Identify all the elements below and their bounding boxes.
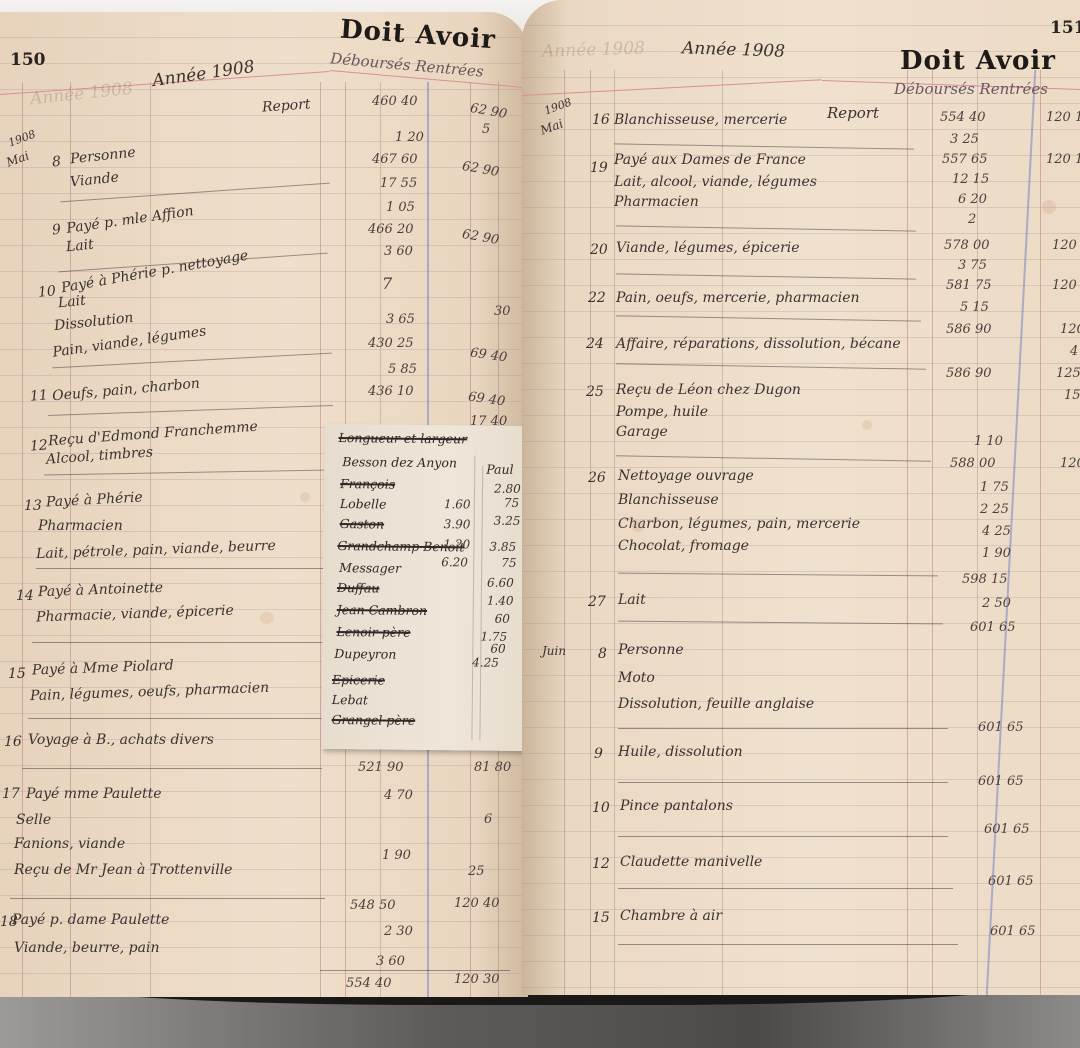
credit-amount: 125 [1056, 366, 1080, 381]
entry-line: Lait [618, 592, 646, 608]
debit-amount: 4 25 [982, 524, 1011, 539]
running-total: 601 65 [970, 620, 1016, 635]
slip-line: Lebat [332, 692, 368, 707]
credit-amount: 120 [1060, 322, 1080, 337]
debit-amount: 1 90 [382, 848, 411, 863]
debit-amount: 1 10 [974, 434, 1003, 449]
entry-line: Garage [616, 424, 668, 440]
debit-amount: 1 20 [395, 130, 424, 145]
entry-day: 14 [16, 588, 34, 604]
debit-amount: 521 90 [358, 760, 404, 775]
entry-line: Blanchisseuse, mercerie [614, 112, 787, 128]
entry-day: 25 [586, 384, 604, 400]
month-margin-june: Juin [542, 644, 566, 658]
debit-amount: 1 90 [982, 546, 1011, 561]
debit-amount: 2 25 [980, 502, 1009, 517]
report-label: Report [827, 104, 879, 122]
page-number: 151 [1050, 18, 1080, 38]
debit-amount: 3 60 [376, 954, 405, 969]
entry-day: 10 [592, 800, 610, 816]
entry-day: 27 [588, 594, 606, 610]
slip-amount: 1.60 [444, 497, 471, 511]
debit-amount: 430 25 [368, 336, 414, 351]
entry-line: Affaire, réparations, dissolution, bécan… [616, 336, 901, 352]
slip-amount: 4.25 [472, 655, 499, 669]
running-total: 601 65 [990, 924, 1036, 939]
entry-day: 19 [590, 160, 608, 176]
debit-amount: 5 85 [388, 362, 417, 377]
debit-amount: 586 90 [946, 366, 992, 381]
slip-amount: 2.80 [494, 482, 521, 496]
debit-amount: 578 00 [944, 238, 990, 253]
debit-amount: 3 75 [958, 258, 987, 273]
entry-day: 15 [592, 910, 610, 926]
entry-line: Lait [65, 237, 94, 256]
entry-line: Pharmacien [38, 518, 123, 534]
entry-day: 11 [29, 387, 48, 404]
entry-line: Payé p. dame Paulette [12, 912, 169, 928]
slip-amount: 60 [495, 612, 510, 626]
entry-day: 26 [588, 470, 606, 486]
entry-line: Pain, oeufs, mercerie, pharmacien [616, 290, 860, 306]
slip-amount: 6.60 [487, 576, 514, 590]
running-total: 601 65 [978, 720, 1024, 735]
entry-line: Charbon, légumes, pain, mercerie [618, 516, 860, 532]
entry-line: Pince pantalons [620, 798, 733, 814]
slip-line: Gaston [340, 516, 385, 531]
entry-day: 8 [51, 154, 62, 171]
entry-day: 20 [590, 242, 608, 258]
entry-line: Reçu de Mr Jean à Trottenville [14, 862, 232, 878]
debit-amount: 2 50 [982, 596, 1011, 611]
entry-day: 9 [51, 222, 62, 239]
entry-line: Lait, alcool, viande, légumes [614, 174, 817, 190]
entry-line: Selle [16, 812, 51, 828]
entry-line: Fanions, viande [14, 836, 125, 852]
slip-amount: 60 [490, 642, 505, 656]
entry-day: 9 [594, 746, 603, 762]
debit-amount: 581 75 [946, 278, 992, 293]
slip-amount: 1.20 [443, 537, 470, 551]
debit-amount: 1 05 [386, 200, 415, 215]
debit-amount: 6 20 [958, 192, 987, 207]
slip-amount: 3.25 [494, 514, 521, 528]
entry-line: Chambre à air [620, 908, 722, 924]
year-label: Année 1908 [682, 38, 786, 62]
report-debit: 460 40 [372, 94, 418, 109]
ledger-page-right: 151 Année 1908 Année 1908 Doit Avoir Déb… [522, 0, 1080, 995]
entry-day: 8 [598, 646, 607, 662]
credit-amount: 120 10 [1046, 110, 1080, 125]
slip-line: Epicerie [332, 672, 385, 688]
credit-amount: 120 10 [1052, 278, 1080, 293]
entry-line: Lait [57, 293, 86, 312]
debit-amount: 2 30 [384, 924, 413, 939]
credit-amount: 30 [494, 304, 511, 319]
slip-line: Lobelle [340, 496, 387, 511]
entry-line: Pompe, huile [616, 404, 708, 420]
slip-line: Lenoir père [336, 624, 410, 640]
entry-line: Payé aux Dames de France [614, 152, 806, 168]
credit-amount: 81 80 [474, 760, 511, 775]
debit-amount: 466 20 [368, 222, 414, 237]
inserted-paper-slip: Longueur et largeur Besson dez Anyon Fra… [321, 424, 536, 751]
slip-line: Duffau [337, 580, 380, 595]
credit-amount: 5 [482, 122, 490, 137]
carried-total-credit: 120 30 [454, 972, 500, 987]
slip-amount: 3.90 [444, 517, 471, 531]
report-label: Report [262, 96, 312, 115]
debit-amount: 598 15 [962, 572, 1008, 587]
running-total: 601 65 [978, 774, 1024, 789]
entry-day: 22 [588, 290, 606, 306]
debit-amount: 1 75 [980, 480, 1009, 495]
slip-amount: 75 [504, 496, 519, 510]
entry-line: Blanchisseuse [618, 492, 719, 508]
debit-amount: 2 [968, 212, 976, 227]
debit-amount: 3 65 [386, 312, 415, 327]
slip-column-header: Paul [486, 462, 514, 477]
slip-line: Besson dez Anyon [342, 454, 457, 470]
entry-day: 13 [24, 498, 42, 514]
debit-amount: 557 65 [942, 152, 988, 167]
slip-line: François [340, 476, 395, 492]
debit-amount: 7 [382, 274, 392, 293]
debit-amount: 5 15 [960, 300, 989, 315]
heading-doit-avoir: Doit Avoir [900, 46, 1056, 76]
page-number: 150 [10, 50, 46, 70]
credit-amount: 6 [484, 812, 492, 827]
entry-day: 12 [592, 856, 610, 872]
entry-line: Personne [618, 642, 684, 658]
bleed-through-text: Année 1908 [542, 38, 646, 62]
entry-line: Reçu de Léon chez Dugon [616, 382, 801, 398]
slip-amount: 75 [501, 556, 516, 570]
entry-day: 24 [586, 336, 604, 352]
entry-line: Moto [618, 670, 655, 686]
entry-line: Viande, légumes, épicerie [616, 240, 800, 256]
entry-line: Huile, dissolution [618, 744, 743, 760]
carried-total-debit: 554 40 [346, 976, 392, 991]
slip-line: Grangel père [332, 712, 416, 728]
debit-amount: 3 25 [950, 132, 979, 147]
credit-amount: 120 40 [454, 896, 500, 911]
entry-line: Claudette manivelle [620, 854, 762, 870]
credit-amount: 120 10 [1046, 152, 1080, 167]
credit-amount: 120 [1060, 456, 1080, 471]
debit-amount: 554 40 [940, 110, 986, 125]
slip-line: Jean Cambron [337, 602, 427, 618]
slip-amount: 3.85 [489, 540, 516, 554]
entry-line: Viande, beurre, pain [14, 940, 160, 956]
slip-line: Messager [339, 560, 401, 576]
entry-line: Voyage à B., achats divers [28, 732, 214, 748]
entry-line: Nettoyage ouvrage [618, 468, 754, 484]
entry-day: 16 [4, 734, 22, 750]
debit-amount: 12 15 [952, 172, 989, 187]
credit-amount: 120 10 [1052, 238, 1080, 253]
entry-line: Dissolution, feuille anglaise [618, 696, 814, 712]
credit-amount: 4 [1070, 344, 1078, 359]
debit-amount: 588 00 [950, 456, 996, 471]
debit-amount: 3 60 [384, 244, 413, 259]
debit-amount: 467 60 [372, 152, 418, 167]
debit-amount: 4 70 [384, 788, 413, 803]
debit-amount: 17 55 [380, 176, 417, 191]
entry-day: 15 [8, 666, 26, 682]
entry-day: 17 [2, 786, 20, 802]
subheading-debourses-rentrees: Déboursés Rentrées [894, 80, 1048, 98]
credit-amount: 15 [1064, 388, 1080, 403]
entry-line: Pharmacien [614, 194, 699, 210]
debit-amount: 586 90 [946, 322, 992, 337]
entry-line: Payé mme Paulette [26, 786, 162, 802]
debit-amount: 436 10 [368, 384, 414, 399]
slip-line: Longueur et largeur [338, 430, 467, 446]
slip-line: Dupeyron [334, 646, 396, 662]
running-total: 601 65 [984, 822, 1030, 837]
debit-amount: 548 50 [350, 898, 396, 913]
slip-amount: 6.20 [441, 555, 468, 569]
credit-amount: 25 [468, 864, 485, 879]
entry-line: Chocolat, fromage [618, 538, 749, 554]
running-total: 601 65 [988, 874, 1034, 889]
slip-amount: 1.40 [487, 594, 514, 608]
entry-day: 16 [592, 112, 610, 128]
entry-day: 10 [37, 283, 56, 301]
